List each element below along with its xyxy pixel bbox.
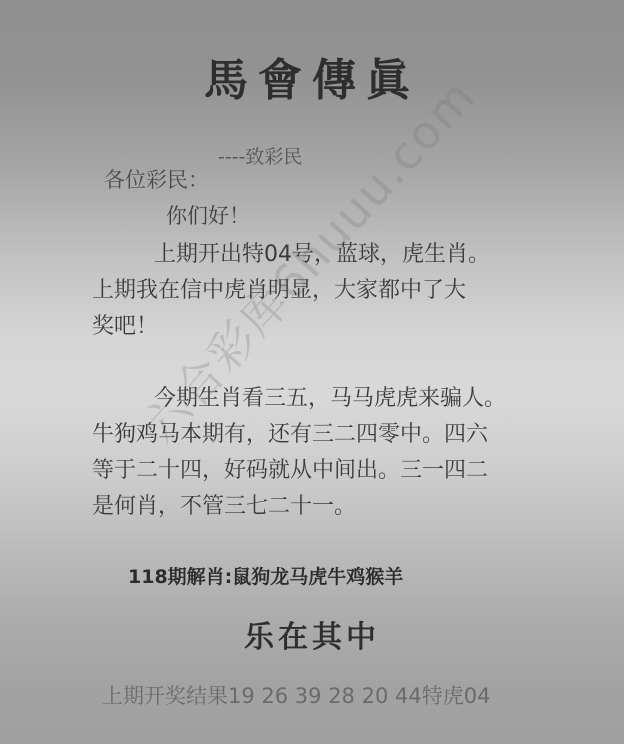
greeting-text: 你们好！ [166,200,250,230]
paragraph-riddle: 今期生肖看三五，马马虎虎来骗人。 牛狗鸡马本期有，还有三二四零中。四六 等于二十… [92,381,552,525]
motto-heading: 乐在其中 [0,612,624,656]
paragraph-line: 奖吧！ [92,309,552,345]
paragraph-line: 等于二十四，好码就从中间出。三一四二 [92,453,552,489]
salutation-text: 各位彩民： [104,164,209,194]
paragraph-line: 上期我在信中虎肖明显，大家都中了大 [92,273,552,309]
last-draw-result: 上期开奖结果19 26 39 28 20 44特虎04 [102,680,490,710]
paragraph-line: 上期开出特04号，蓝球，虎生肖。 [92,237,552,273]
page-title: 馬會傳眞 [0,44,624,108]
solve-zodiac-line: 118期解肖:鼠狗龙马虎牛鸡猴羊 [128,562,403,589]
signoff-text: ----致彩民 [218,142,302,169]
paragraph-last-draw: 上期开出特04号，蓝球，虎生肖。 上期我在信中虎肖明显，大家都中了大 奖吧！ [92,237,552,345]
paragraph-line: 牛狗鸡马本期有，还有三二四零中。四六 [92,417,552,453]
paragraph-line: 是何肖，不管三七二十一。 [92,489,552,525]
paragraph-line: 今期生肖看三五，马马虎虎来骗人。 [92,381,552,417]
